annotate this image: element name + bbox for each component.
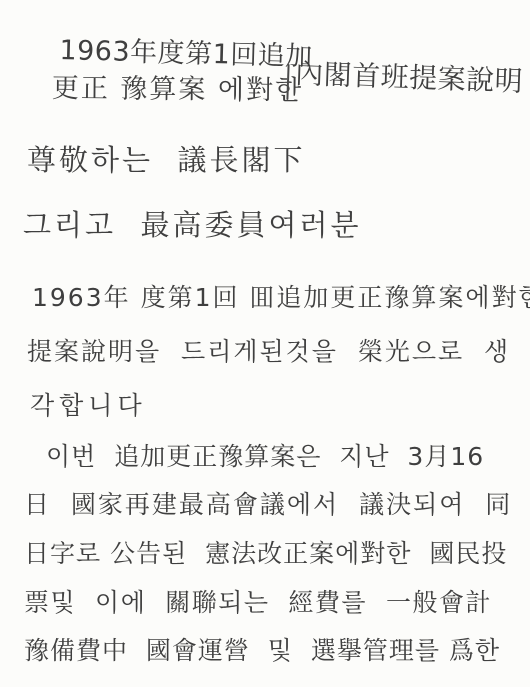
- paragraph1-line2: 提案說明을 드리게된것을 榮光으로 생: [27, 332, 510, 368]
- title-line-2: 更正 豫算案 에對한: [52, 66, 304, 107]
- paragraph1-line3: 각합니다: [30, 386, 147, 422]
- title-right: 內閣首班提案說明: [295, 52, 524, 100]
- paragraph1-line1: 1963年 度第1回 囬追加更正豫算案에對한: [32, 278, 530, 314]
- paragraph2-line4: 票및 이에 關聯되는 經費를 一般會計: [24, 583, 492, 619]
- salutation-chairman: 尊敬하는 議長閣下: [27, 138, 305, 179]
- paragraph2-line2: 日 國家再建最高會議에서 議決되여 同: [24, 485, 512, 521]
- salutation-committee: 그리고 最高委員여러분: [23, 203, 362, 244]
- paragraph2-line3: 日字로 公告된 憲法改正案에對한 國民投: [24, 534, 507, 570]
- paragraph2-line1: 이번 追加更正豫算案은 지난 3月16: [46, 437, 484, 473]
- document-page: 1963年度第1回追加 更正 豫算案 에對한 內閣首班提案說明 尊敬하는 議長閣…: [0, 0, 530, 687]
- paragraph2-line5: 豫備費中 國會運營 및 選擧管理를 爲한: [24, 631, 500, 667]
